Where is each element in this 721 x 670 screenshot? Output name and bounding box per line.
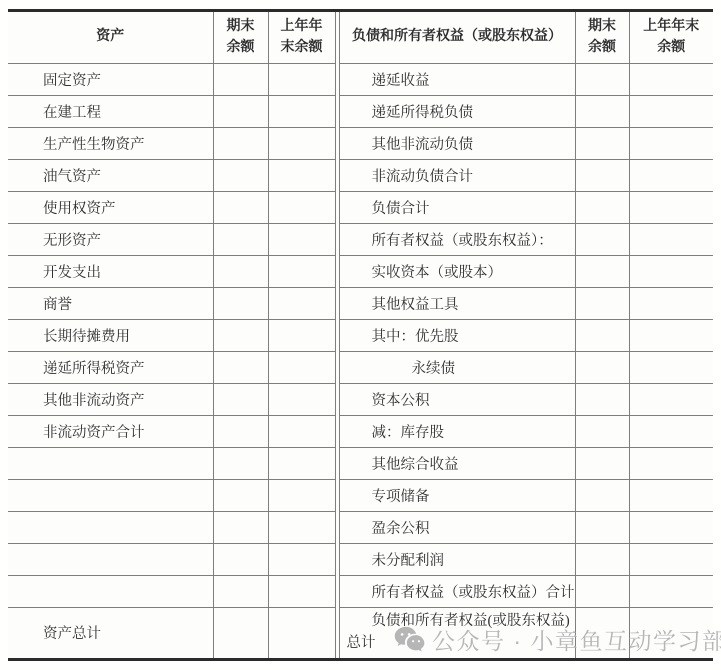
ending-balance-cell — [575, 319, 629, 351]
row-label: 使用权资产 — [8, 191, 213, 223]
prior-year-balance-cell — [268, 351, 335, 383]
row-label: 负债合计 — [339, 191, 575, 223]
table-row: 专项储备 — [339, 479, 713, 511]
row-label — [8, 575, 213, 607]
row-label: 盈余公积 — [339, 511, 575, 543]
table-row: 资本公积 — [339, 383, 713, 415]
liabilities-equity-table: 负债和所有者权益（或股东权益） 期末 余额 上年年末 余额 递延收益 递延所得税… — [339, 12, 714, 658]
row-label — [8, 447, 213, 479]
prior-year-balance-cell — [629, 447, 713, 479]
ending-balance-cell — [575, 447, 629, 479]
prior-year-balance-cell — [629, 287, 713, 319]
row-label: 所有者权益（或股东权益）： — [339, 223, 575, 255]
prior-year-balance-cell — [629, 63, 713, 95]
table-row: 油气资产 — [8, 159, 335, 191]
prior-year-balance-cell — [629, 415, 713, 447]
header-line: 末余额 — [269, 37, 335, 59]
row-label: 商誉 — [8, 287, 213, 319]
header-line: 上年年 — [269, 16, 335, 38]
prior-year-balance-cell — [268, 63, 335, 95]
table-row: 递延收益 — [339, 63, 713, 95]
prior-year-balance-cell — [629, 479, 713, 511]
row-label: 非流动负债合计 — [339, 159, 575, 191]
table-row: 所有者权益（或股东权益）合计 — [339, 575, 713, 607]
table-row: 所有者权益（或股东权益）： — [339, 223, 713, 255]
ending-balance-cell — [213, 319, 268, 351]
ending-balance-cell — [575, 223, 629, 255]
table-row — [8, 575, 335, 607]
row-label: 资产总计 — [8, 607, 213, 658]
prior-year-balance-cell — [629, 543, 713, 575]
table-row: 在建工程 — [8, 95, 335, 127]
ending-balance-cell — [213, 63, 268, 95]
total-assets-row: 资产总计 — [8, 607, 335, 658]
table-row — [8, 511, 335, 543]
header-line: 余额 — [214, 37, 268, 59]
row-label: 负债和所有者权益(或股东权益)总计 — [339, 607, 575, 658]
ending-balance-cell — [575, 575, 629, 607]
row-label: 其他非流动负债 — [339, 127, 575, 159]
ending-balance-cell — [575, 95, 629, 127]
prior-year-balance-cell — [268, 511, 335, 543]
ending-balance-cell — [575, 511, 629, 543]
table-row: 其中：优先股 — [339, 319, 713, 351]
ending-balance-cell — [213, 415, 268, 447]
ending-balance-cell — [575, 607, 629, 658]
assets-ending-balance-header: 期末 余额 — [213, 12, 268, 63]
liabilities-ending-balance-header: 期末 余额 — [575, 12, 629, 63]
table-row: 实收资本（或股本） — [339, 255, 713, 287]
ending-balance-cell — [575, 63, 629, 95]
balance-sheet-page: 资产 期末 余额 上年年 末余额 固定资产 在建工程 生产性生物资产 油气资产 … — [0, 0, 721, 670]
prior-year-balance-cell — [629, 351, 713, 383]
header-line: 期末 — [576, 16, 629, 38]
table-row: 非流动资产合计 — [8, 415, 335, 447]
ending-balance-cell — [575, 127, 629, 159]
prior-year-balance-cell — [268, 127, 335, 159]
row-label — [8, 543, 213, 575]
assets-title: 资产 — [8, 12, 213, 63]
prior-year-balance-cell — [268, 479, 335, 511]
ending-balance-cell — [213, 127, 268, 159]
row-label: 其他权益工具 — [339, 287, 575, 319]
prior-year-balance-cell — [268, 447, 335, 479]
header-line: 余额 — [576, 37, 629, 59]
row-label: 油气资产 — [8, 159, 213, 191]
total-liabilities-equity-row: 负债和所有者权益(或股东权益)总计 — [339, 607, 713, 658]
assets-table: 资产 期末 余额 上年年 末余额 固定资产 在建工程 生产性生物资产 油气资产 … — [8, 12, 336, 658]
ending-balance-cell — [213, 351, 268, 383]
prior-year-balance-cell — [629, 95, 713, 127]
ending-balance-cell — [213, 255, 268, 287]
ending-balance-cell — [213, 95, 268, 127]
prior-year-balance-cell — [268, 191, 335, 223]
header-line: 余额 — [630, 37, 714, 59]
prior-year-balance-cell — [629, 607, 713, 658]
row-label: 递延收益 — [339, 63, 575, 95]
assets-prior-year-header: 上年年 末余额 — [268, 12, 335, 63]
prior-year-balance-cell — [629, 127, 713, 159]
row-label: 未分配利润 — [339, 543, 575, 575]
row-label: 长期待摊费用 — [8, 319, 213, 351]
ending-balance-cell — [213, 191, 268, 223]
table-row: 开发支出 — [8, 255, 335, 287]
row-label — [8, 479, 213, 511]
table-row: 无形资产 — [8, 223, 335, 255]
prior-year-balance-cell — [268, 95, 335, 127]
row-label: 递延所得税资产 — [8, 351, 213, 383]
table-row: 递延所得税资产 — [8, 351, 335, 383]
table-row: 递延所得税负债 — [339, 95, 713, 127]
row-label: 在建工程 — [8, 95, 213, 127]
prior-year-balance-cell — [629, 191, 713, 223]
table-row: 商誉 — [8, 287, 335, 319]
row-label: 其他非流动资产 — [8, 383, 213, 415]
ending-balance-cell — [575, 351, 629, 383]
row-label: 非流动资产合计 — [8, 415, 213, 447]
table-row: 其他权益工具 — [339, 287, 713, 319]
liabilities-header-row: 负债和所有者权益（或股东权益） 期末 余额 上年年末 余额 — [339, 12, 713, 63]
ending-balance-cell — [213, 159, 268, 191]
table-row: 减：库存股 — [339, 415, 713, 447]
ending-balance-cell — [575, 287, 629, 319]
row-label: 资本公积 — [339, 383, 575, 415]
ending-balance-cell — [213, 607, 268, 658]
row-label: 永续债 — [339, 351, 575, 383]
row-label — [8, 511, 213, 543]
ending-balance-cell — [575, 191, 629, 223]
prior-year-balance-cell — [629, 575, 713, 607]
prior-year-balance-cell — [268, 287, 335, 319]
prior-year-balance-cell — [268, 543, 335, 575]
table-row: 固定资产 — [8, 63, 335, 95]
row-label: 无形资产 — [8, 223, 213, 255]
table-row: 负债合计 — [339, 191, 713, 223]
table-row: 使用权资产 — [8, 191, 335, 223]
ending-balance-cell — [575, 415, 629, 447]
table-row: 长期待摊费用 — [8, 319, 335, 351]
prior-year-balance-cell — [629, 319, 713, 351]
table-row: 未分配利润 — [339, 543, 713, 575]
row-label: 固定资产 — [8, 63, 213, 95]
prior-year-balance-cell — [268, 575, 335, 607]
ending-balance-cell — [213, 543, 268, 575]
ending-balance-cell — [213, 447, 268, 479]
prior-year-balance-cell — [629, 159, 713, 191]
table-row: 永续债 — [339, 351, 713, 383]
ending-balance-cell — [213, 575, 268, 607]
table-row: 非流动负债合计 — [339, 159, 713, 191]
ending-balance-cell — [575, 255, 629, 287]
balance-sheet-table: 资产 期末 余额 上年年 末余额 固定资产 在建工程 生产性生物资产 油气资产 … — [8, 9, 713, 661]
row-label: 递延所得税负债 — [339, 95, 575, 127]
table-row: 其他综合收益 — [339, 447, 713, 479]
ending-balance-cell — [213, 287, 268, 319]
ending-balance-cell — [575, 383, 629, 415]
prior-year-balance-cell — [629, 223, 713, 255]
ending-balance-cell — [213, 383, 268, 415]
ending-balance-cell — [213, 479, 268, 511]
row-label: 减：库存股 — [339, 415, 575, 447]
table-row — [8, 447, 335, 479]
prior-year-balance-cell — [268, 159, 335, 191]
table-row — [8, 543, 335, 575]
header-line: 上年年末 — [630, 16, 714, 38]
prior-year-balance-cell — [268, 223, 335, 255]
ending-balance-cell — [575, 159, 629, 191]
ending-balance-cell — [213, 511, 268, 543]
prior-year-balance-cell — [268, 383, 335, 415]
prior-year-balance-cell — [268, 255, 335, 287]
prior-year-balance-cell — [629, 255, 713, 287]
assets-header-row: 资产 期末 余额 上年年 末余额 — [8, 12, 335, 63]
prior-year-balance-cell — [268, 319, 335, 351]
table-row: 其他非流动资产 — [8, 383, 335, 415]
ending-balance-cell — [575, 479, 629, 511]
row-label: 专项储备 — [339, 479, 575, 511]
prior-year-balance-cell — [629, 511, 713, 543]
ending-balance-cell — [575, 543, 629, 575]
row-label: 开发支出 — [8, 255, 213, 287]
row-label: 实收资本（或股本） — [339, 255, 575, 287]
table-row: 其他非流动负债 — [339, 127, 713, 159]
row-label: 所有者权益（或股东权益）合计 — [339, 575, 575, 607]
liabilities-prior-year-header: 上年年末 余额 — [629, 12, 713, 63]
table-row: 盈余公积 — [339, 511, 713, 543]
header-line: 期末 — [214, 16, 268, 38]
table-row: 生产性生物资产 — [8, 127, 335, 159]
prior-year-balance-cell — [268, 415, 335, 447]
table-row — [8, 479, 335, 511]
row-label: 生产性生物资产 — [8, 127, 213, 159]
ending-balance-cell — [213, 223, 268, 255]
prior-year-balance-cell — [268, 607, 335, 658]
row-label: 其他综合收益 — [339, 447, 575, 479]
prior-year-balance-cell — [629, 383, 713, 415]
liabilities-equity-title: 负债和所有者权益（或股东权益） — [339, 12, 575, 63]
row-label: 其中：优先股 — [339, 319, 575, 351]
